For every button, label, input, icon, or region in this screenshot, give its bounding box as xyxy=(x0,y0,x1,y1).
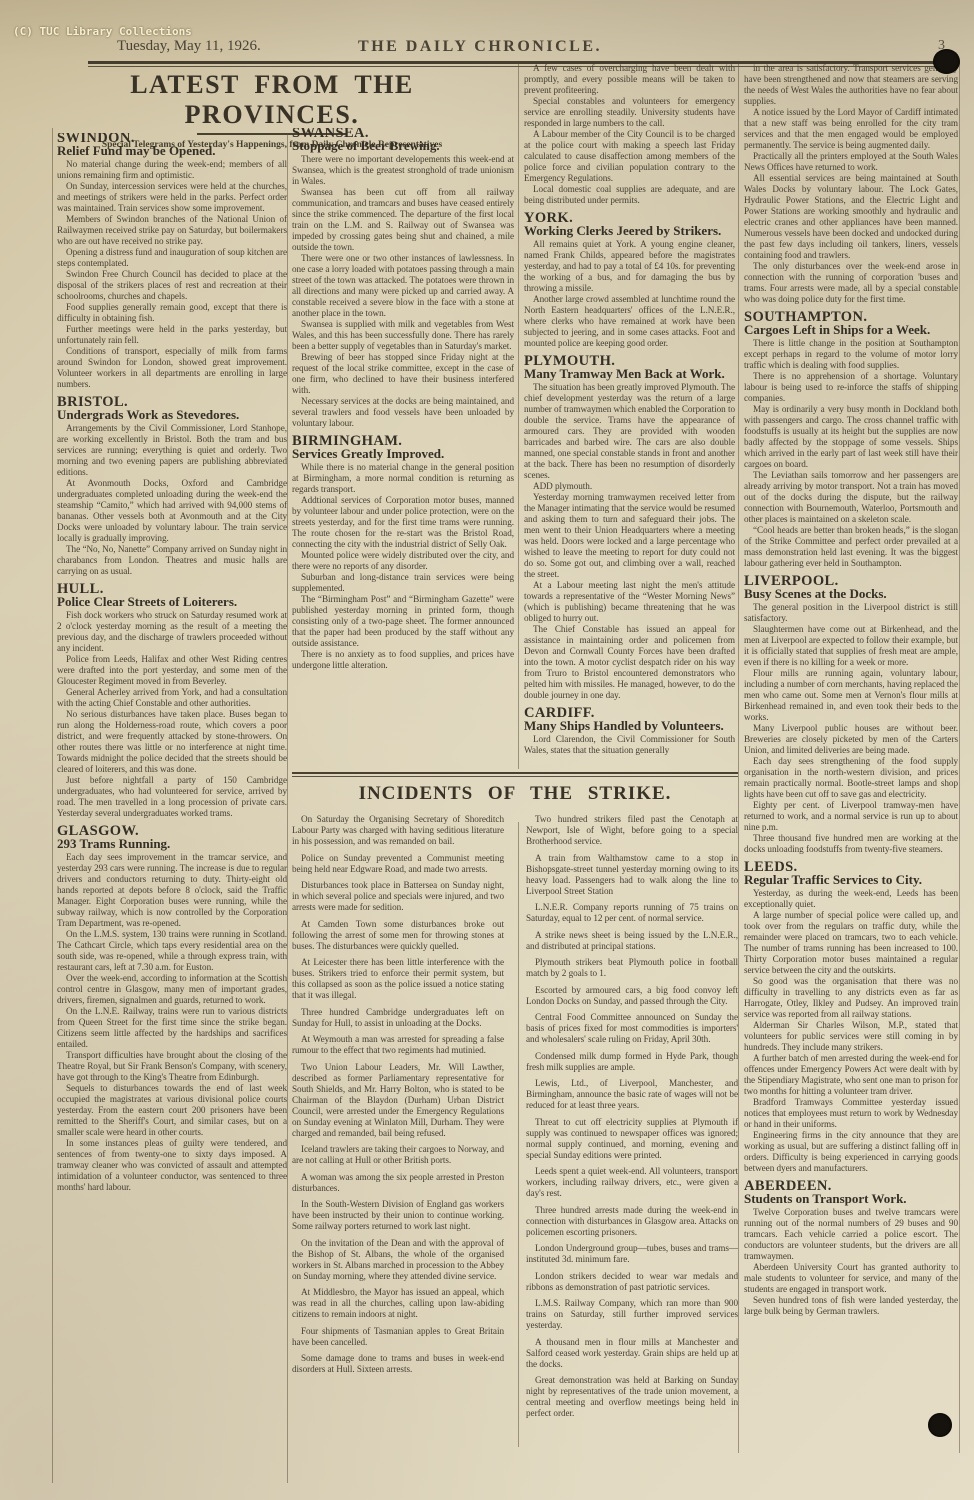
news-section: HULL.Police Clear Streets of Loiterers.F… xyxy=(57,584,287,819)
column-rule-2-3-upper xyxy=(518,63,519,769)
punch-hole-top xyxy=(933,49,960,74)
article-paragraph: Flour mills are running again, voluntary… xyxy=(744,668,958,723)
column-2: SWANSEA.Stoppage of Beer Brewing.There w… xyxy=(292,128,514,768)
article-paragraph: Yesterday morning tramwaymen received le… xyxy=(524,492,735,580)
section-subheading: Many Tramway Men Back at Work. xyxy=(524,368,735,379)
article-paragraph: May is ordinarily a very busy month in D… xyxy=(744,404,958,470)
article-paragraph: Three thousand five hundred men are work… xyxy=(744,833,958,855)
article-paragraph: The Leviathan sails tomorrow and her pas… xyxy=(744,470,958,525)
article-paragraph: On the invitation of the Dean and with t… xyxy=(292,1238,504,1282)
article-paragraph: Three hundred Cambridge undergraduates l… xyxy=(292,1007,504,1029)
article-paragraph: Opening a distress fund and inauguration… xyxy=(57,247,287,269)
article-paragraph: Many Liverpool public houses are without… xyxy=(744,723,958,756)
article-paragraph: Three hundred arrests made during the we… xyxy=(526,1205,738,1238)
article-paragraph: No serious disturbances have taken place… xyxy=(57,709,287,775)
article-paragraph: London strikers decided to wear war meda… xyxy=(526,1271,738,1293)
article-paragraph: “Cool heads are better than broken heads… xyxy=(744,525,958,569)
column-rule-3-4 xyxy=(738,63,739,1453)
column-rule-right-edge xyxy=(959,63,960,1453)
news-section: SOUTHAMPTON.Cargoes Left in Ships for a … xyxy=(744,312,958,569)
article-paragraph: Bradford Tramways Committee yesterday is… xyxy=(744,1097,958,1130)
section-subheading: Students on Transport Work. xyxy=(744,1193,958,1204)
article-paragraph: Threat to cut off electricity supplies a… xyxy=(526,1117,738,1161)
article-paragraph: Great demonstration was held at Barking … xyxy=(526,1375,738,1419)
article-paragraph: Members of Swindon branches of the Natio… xyxy=(57,214,287,247)
news-section: BRISTOL.Undergrads Work as Stevedores.Ar… xyxy=(57,397,287,577)
article-paragraph: Suburban and long-distance train service… xyxy=(292,572,514,594)
article-paragraph: Transport difficulties have brought abou… xyxy=(57,1050,287,1083)
article-paragraph: Two hundred strikers filed past the Ceno… xyxy=(526,814,738,847)
article-paragraph: Police on Sunday prevented a Communist m… xyxy=(292,853,504,875)
news-section: PLYMOUTH.Many Tramway Men Back at Work.T… xyxy=(524,356,735,701)
article-paragraph: Police from Leeds, Halifax and other Wes… xyxy=(57,654,287,687)
article-paragraph: A further batch of men arrested during t… xyxy=(744,1053,958,1097)
article-paragraph: Yesterday, as during the week-end, Leeds… xyxy=(744,888,958,910)
article-paragraph: Lewis, Ltd., of Liverpool, Manchester, a… xyxy=(526,1078,738,1111)
article-paragraph: At Leicester there has been little inter… xyxy=(292,957,504,1001)
article-paragraph: No material change during the week-end; … xyxy=(57,159,287,181)
masthead-date: Tuesday, May 11, 1926. xyxy=(117,38,261,55)
article-paragraph: The “No, No, Nanette” Company arrived on… xyxy=(57,544,287,577)
article-paragraph: Conditions of transport, especially of m… xyxy=(57,346,287,390)
article-paragraph: Arrangements by the Civil Commissioner, … xyxy=(57,423,287,478)
article-paragraph: Sequels to disturbances towards the end … xyxy=(57,1083,287,1138)
article-paragraph: General Acherley arrived from York, and … xyxy=(57,687,287,709)
article-paragraph: In some instances pleas of guilty were t… xyxy=(57,1138,287,1193)
article-paragraph: Escorted by armoured cars, a big food co… xyxy=(526,985,738,1007)
newspaper-page: (C) TUC Library Collections Tuesday, May… xyxy=(0,0,974,1500)
article-paragraph: Food supplies generally remain good, exc… xyxy=(57,302,287,324)
incidents-column-right: Two hundred strikers filed past the Ceno… xyxy=(526,814,738,1474)
article-paragraph: Necessary services at the docks are bein… xyxy=(292,396,514,429)
article-paragraph: Addtional services of Corporation motor … xyxy=(292,495,514,550)
article-paragraph: Just before nightfall a party of 150 Cam… xyxy=(57,775,287,819)
article-paragraph: Local domestic coal supplies are adequat… xyxy=(524,184,735,206)
article-paragraph: ADD plymouth. xyxy=(524,481,735,492)
news-section: ABERDEEN.Students on Transport Work.Twel… xyxy=(744,1181,958,1317)
news-section: LIVERPOOL.Busy Scenes at the Docks.The g… xyxy=(744,576,958,855)
article-paragraph: On the L.N.E. Railway, trains were run t… xyxy=(57,1006,287,1050)
article-paragraph: Fish dock workers who struck on Saturday… xyxy=(57,610,287,654)
column-1: SWINDON.Relief Fund may be Opened.No mat… xyxy=(57,133,287,1483)
article-paragraph: There is no anxiety as to food supplies,… xyxy=(292,649,514,671)
article-paragraph: Twelve Corporation buses and twelve tram… xyxy=(744,1207,958,1262)
article-paragraph: Special constables and volunteers for em… xyxy=(524,96,735,129)
section-subheading: Cargoes Left in Ships for a Week. xyxy=(744,324,958,335)
article-paragraph: At Avonmouth Docks, Oxford and Cambridge… xyxy=(57,478,287,544)
article-paragraph: There is no apprehension of a shortage. … xyxy=(744,371,958,404)
masthead-title: THE DAILY CHRONICLE. xyxy=(300,38,660,56)
article-paragraph: A thousand men in flour mills at Manches… xyxy=(526,1337,738,1370)
article-paragraph: Aberdeen University Court has granted au… xyxy=(744,1262,958,1295)
news-section: CARDIFF.Many Ships Handled by Volunteers… xyxy=(524,708,735,756)
article-paragraph: The situation has been greatly improved … xyxy=(524,382,735,481)
article-paragraph: At a Labour meeting last night the men's… xyxy=(524,580,735,624)
article-paragraph: The “Birmingham Post” and “Birmingham Ga… xyxy=(292,594,514,649)
article-paragraph: Eighty per cent. of Liverpool tramway-me… xyxy=(744,800,958,833)
incidents-columns: On Saturday the Organising Secretary of … xyxy=(292,814,738,1474)
column-rule-1-2 xyxy=(287,133,288,1483)
section-subheading: Police Clear Streets of Loiterers. xyxy=(57,596,287,607)
section-subheading: Stoppage of Beer Brewing. xyxy=(292,140,514,151)
article-paragraph: L.M.S. Railway Company, which ran more t… xyxy=(526,1298,738,1331)
news-section: LEEDS.Regular Traffic Services to City.Y… xyxy=(744,862,958,1174)
article-paragraph: At Middlesbro, the Mayor has issued an a… xyxy=(292,1287,504,1320)
article-paragraph: The only disturbances over the week-end … xyxy=(744,261,958,305)
article-paragraph: At Camden Town some disturbances broke o… xyxy=(292,919,504,952)
article-paragraph: Engineering firms in the city announce t… xyxy=(744,1130,958,1174)
article-paragraph: On Sunday, intercession services were he… xyxy=(57,181,287,214)
article-paragraph: Some damage done to trams and buses in w… xyxy=(292,1353,504,1375)
incidents-rule-thick xyxy=(292,772,738,774)
article-paragraph: Mounted police were widely distributed o… xyxy=(292,550,514,572)
article-paragraph: On Saturday the Organising Secretary of … xyxy=(292,814,504,847)
article-paragraph: Each day sees strengthening of the food … xyxy=(744,756,958,800)
news-section: GLASGOW.293 Trams Running.Each day sees … xyxy=(57,826,287,1193)
scan-copyright-overlay: (C) TUC Library Collections xyxy=(13,25,192,38)
article-paragraph: Swansea has been cut off from all railwa… xyxy=(292,187,514,253)
provinces-headline: LATEST FROM THE PROVINCES. xyxy=(58,70,486,130)
article-paragraph: Each day sees improvement in the tramcar… xyxy=(57,852,287,929)
article-paragraph: Another large crowd assembled at lunchti… xyxy=(524,294,735,349)
incidents-headline: INCIDENTS OF THE STRIKE. xyxy=(292,783,738,805)
article-paragraph: Further meetings were held in the parks … xyxy=(57,324,287,346)
article-paragraph: Seven hundred tons of fish were landed y… xyxy=(744,1295,958,1317)
article-paragraph: A woman was among the six people arreste… xyxy=(292,1172,504,1194)
article-paragraph: Four shipments of Tasmanian apples to Gr… xyxy=(292,1326,504,1348)
section-subheading: Undergrads Work as Stevedores. xyxy=(57,409,287,420)
article-paragraph: Alderman Sir Charles Wilson, M.P., state… xyxy=(744,1020,958,1053)
article-paragraph: All remains quiet at York. A young engin… xyxy=(524,239,735,294)
article-paragraph: Condensed milk dump formed in Hyde Park,… xyxy=(526,1051,738,1073)
news-section: SWANSEA.Stoppage of Beer Brewing.There w… xyxy=(292,128,514,429)
article-paragraph: All essential services are being maintai… xyxy=(744,173,958,261)
article-paragraph: There were no important developements th… xyxy=(292,154,514,187)
article-paragraph: There is little change in the position a… xyxy=(744,338,958,371)
article-paragraph: Iceland trawlers are taking their cargoe… xyxy=(292,1144,504,1166)
section-subheading: Regular Traffic Services to City. xyxy=(744,874,958,885)
article-paragraph: Plymouth strikers beat Plymouth police i… xyxy=(526,957,738,979)
article-paragraph: Central Food Committee announced on Sund… xyxy=(526,1012,738,1045)
news-section: BIRMINGHAM.Services Greatly Improved.Whi… xyxy=(292,436,514,671)
section-subheading: Working Clerks Jeered by Strikers. xyxy=(524,225,735,236)
article-paragraph: in the area is satisfactory. Transport s… xyxy=(744,63,958,107)
section-subheading: 293 Trams Running. xyxy=(57,838,287,849)
article-paragraph: Brewing of beer has stopped since Friday… xyxy=(292,352,514,396)
article-paragraph: London Underground group—tubes, buses an… xyxy=(526,1243,738,1265)
article-paragraph: While there is no material change in the… xyxy=(292,462,514,495)
article-paragraph: Over the week-end, according to informat… xyxy=(57,973,287,1006)
article-paragraph: The general position in the Liverpool di… xyxy=(744,602,958,624)
article-paragraph: A notice issued by the Lord Mayor of Car… xyxy=(744,107,958,151)
article-paragraph: A train from Walthamstow came to a stop … xyxy=(526,853,738,897)
news-section: SWINDON.Relief Fund may be Opened.No mat… xyxy=(57,133,287,390)
article-paragraph: So good was the organisation that there … xyxy=(744,976,958,1020)
article-paragraph: At Weymouth a man was arrested for sprea… xyxy=(292,1034,504,1056)
article-paragraph: Swansea is supplied with milk and vegeta… xyxy=(292,319,514,352)
article-paragraph: Two Union Labour Leaders, Mr. Will Lawth… xyxy=(292,1062,504,1139)
article-paragraph: On the L.M.S. system, 130 trains were ru… xyxy=(57,929,287,973)
section-subheading: Relief Fund may be Opened. xyxy=(57,145,287,156)
article-paragraph: Practically all the printers employed at… xyxy=(744,151,958,173)
article-paragraph: A few cases of overcharging have been de… xyxy=(524,63,735,96)
article-paragraph: Slaughtermen have come out at Birkenhead… xyxy=(744,624,958,668)
article-paragraph: Lord Clarendon, the Civil Commissioner f… xyxy=(524,734,735,756)
article-paragraph: A Labour member of the City Council is t… xyxy=(524,129,735,184)
section-subheading: Services Greatly Improved. xyxy=(292,448,514,459)
news-section: YORK.Working Clerks Jeered by Strikers.A… xyxy=(524,213,735,349)
column-3: A few cases of overcharging have been de… xyxy=(524,63,735,769)
article-paragraph: A strike news sheet is being issued by t… xyxy=(526,930,738,952)
article-paragraph: A large number of special police were ca… xyxy=(744,910,958,976)
column-4: in the area is satisfactory. Transport s… xyxy=(744,63,958,1483)
incidents-rule-thin xyxy=(292,776,738,777)
incidents-section: INCIDENTS OF THE STRIKE. On Saturday the… xyxy=(292,772,738,1488)
article-paragraph: Swindon Free Church Council has decided … xyxy=(57,269,287,302)
incidents-column-left: On Saturday the Organising Secretary of … xyxy=(292,814,504,1474)
article-paragraph: Disturbances took place in Battersea on … xyxy=(292,880,504,913)
section-subheading: Busy Scenes at the Docks. xyxy=(744,588,958,599)
article-paragraph: L.N.E.R. Company reports running of 75 t… xyxy=(526,902,738,924)
article-paragraph: There were one or two other instances of… xyxy=(292,253,514,319)
column-rule-left-edge xyxy=(52,128,53,1483)
article-paragraph: The Chief Constable has issued an appeal… xyxy=(524,624,735,701)
punch-hole-bottom xyxy=(928,1413,952,1437)
article-paragraph: In the South-Western Division of England… xyxy=(292,1199,504,1232)
section-subheading: Many Ships Handled by Volunteers. xyxy=(524,720,735,731)
article-paragraph: Leeds spent a quiet week-end. All volunt… xyxy=(526,1166,738,1199)
